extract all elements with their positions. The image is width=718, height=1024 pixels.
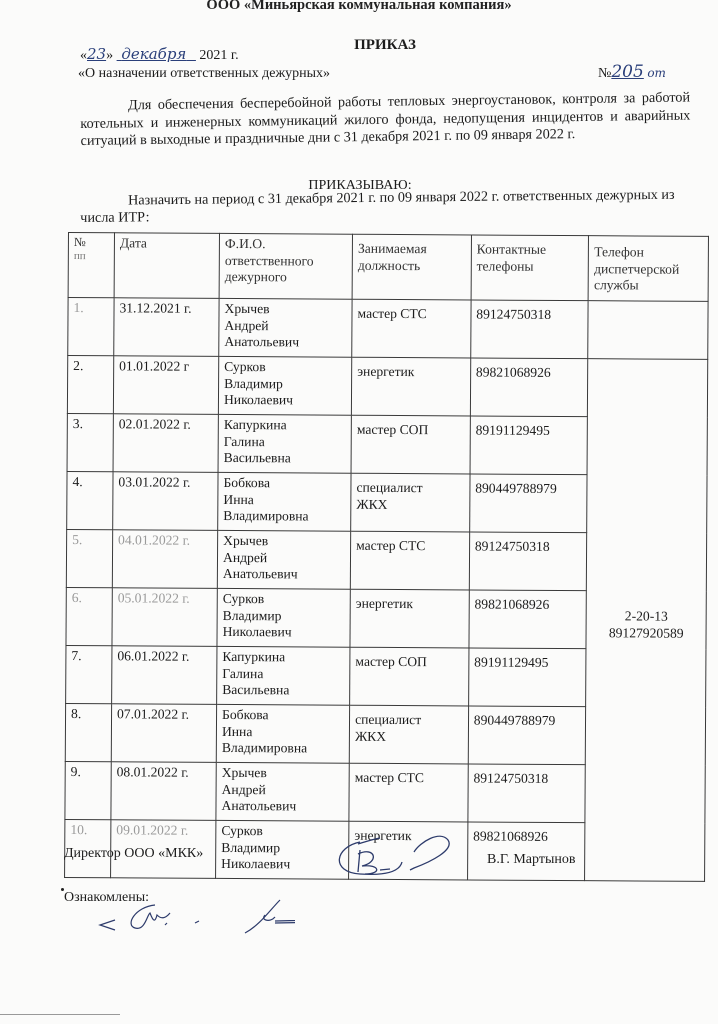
row-fio: ХрычевАндрейАнатольевич xyxy=(217,530,350,589)
order-number-handwritten: 205 xyxy=(611,62,643,82)
director-signature xyxy=(330,832,480,882)
row-number: 9. xyxy=(65,761,111,819)
row-date: 03.01.2022 г. xyxy=(113,472,218,531)
date-month-handwritten: декабря xyxy=(117,45,196,63)
row-phone: 89124750318 xyxy=(469,532,587,591)
director-name: В.Г. Мартынов xyxy=(487,852,575,868)
surname: Сурков xyxy=(221,823,343,840)
order-number-suffix: от xyxy=(647,66,666,80)
assignment-text: Назначить на период с 31 декабря 2021 г.… xyxy=(80,187,692,227)
surname: Бобкова xyxy=(223,475,345,492)
row-position: энергетик xyxy=(351,357,470,416)
dispatch-phone-cell: 2-20-1389127920589 xyxy=(585,359,708,882)
organization-name: ООО «Миньярская коммунальная компания» xyxy=(0,0,718,14)
row-fio: СурковВладимирНиколаевич xyxy=(217,588,350,647)
date-close-quote: » xyxy=(106,48,113,63)
director-label: Директор ООО «МКК» xyxy=(64,846,203,862)
header-date: Дата xyxy=(114,233,219,299)
row-phone: 89821068926 xyxy=(469,590,587,649)
first-name: Галина xyxy=(222,665,344,682)
first-name: Инна xyxy=(222,723,344,740)
patronymic: Анатольевич xyxy=(224,334,346,351)
row-date: 06.01.2022 г. xyxy=(112,646,217,705)
row-position: мастер СТС xyxy=(349,763,468,822)
dispatch-phone-local: 2-20-13 xyxy=(592,608,701,625)
patronymic: Анатольевич xyxy=(221,798,343,815)
first-name: Андрей xyxy=(223,549,345,566)
first-name: Владимир xyxy=(224,375,346,392)
row-date: 07.01.2022 г. xyxy=(111,704,216,763)
first-name: Андрей xyxy=(224,317,346,334)
row-phone: 89191129495 xyxy=(470,416,588,475)
row-date: 08.01.2022 г. xyxy=(111,762,216,821)
row-number: 7. xyxy=(66,645,112,703)
row-position: мастер СТС xyxy=(350,531,469,590)
row-position: энергетик xyxy=(350,589,469,648)
row-number: 3. xyxy=(67,413,113,471)
row-position: мастер СТС xyxy=(352,299,471,358)
first-name: Инна xyxy=(223,491,345,508)
duty-table: № пп Дата Ф.И.О. ответственного дежурног… xyxy=(64,232,709,882)
row-position: мастер СОП xyxy=(351,415,470,474)
row-fio: БобковаИннаВладимировна xyxy=(218,472,351,531)
header-dispatch: Телефон диспетчерской службы xyxy=(588,236,708,302)
header-contacts: Контактные телефоны xyxy=(471,235,589,301)
row-date: 02.01.2022 г. xyxy=(113,414,218,473)
patronymic: Анатольевич xyxy=(223,566,345,583)
row-fio: СурковВладимирНиколаевич xyxy=(218,356,351,415)
row-number: 6. xyxy=(66,587,112,645)
order-subject: «О назначении ответственных дежурных» xyxy=(78,66,330,82)
patronymic: Николаевич xyxy=(224,392,346,409)
row-fio: БобковаИннаВладимировна xyxy=(216,704,349,763)
row-date: 31.12.2021 г. xyxy=(114,298,219,357)
surname: Капуркина xyxy=(222,649,344,666)
row-fio: КапуркинаГалинаВасильевна xyxy=(217,646,350,705)
header-fio: Ф.И.О. ответственного дежурного xyxy=(219,233,352,299)
dispatch-phone-mobile: 89127920589 xyxy=(592,625,701,642)
surname: Хрычев xyxy=(225,301,347,318)
surname: Капуркина xyxy=(224,417,346,434)
table-row: 1.31.12.2021 г.ХрычевАндрейАнатольевичма… xyxy=(68,298,708,360)
row-phone: 89821068926 xyxy=(470,358,588,417)
row-phone: 890449788979 xyxy=(468,706,586,765)
row-number: 8. xyxy=(65,703,111,761)
row-phone: 89124750318 xyxy=(471,300,589,359)
row-position: специалистЖКХ xyxy=(351,473,470,532)
row-position: специалистЖКХ xyxy=(349,705,468,764)
row-fio: ХрычевАндрейАнатольевич xyxy=(216,762,349,821)
first-name: Андрей xyxy=(222,781,344,798)
surname: Хрычев xyxy=(222,765,344,782)
order-date: «23» декабря 2021 г. xyxy=(80,45,239,64)
surname: Сурков xyxy=(223,591,345,608)
date-year: 2021 г. xyxy=(199,48,238,63)
surname: Сурков xyxy=(224,359,346,376)
table-header-row: № пп Дата Ф.И.О. ответственного дежурног… xyxy=(68,233,708,302)
patronymic: Николаевич xyxy=(223,624,345,641)
scan-edge-line xyxy=(0,1014,120,1015)
header-position: Занимаемая должность xyxy=(352,234,471,300)
preamble-text: Для обеспечения бесперебойной работы теп… xyxy=(80,89,691,150)
patronymic: Владимировна xyxy=(222,740,344,757)
row-date: 04.01.2022 г. xyxy=(112,530,217,589)
row-date: 01.01.2022 г xyxy=(113,356,218,415)
surname: Бобкова xyxy=(222,707,344,724)
preamble-paragraph: Для обеспечения бесперебойной работы теп… xyxy=(80,89,691,150)
order-number: №205 от xyxy=(598,62,666,82)
row-number: 2. xyxy=(67,356,113,414)
row-phone: 89124750318 xyxy=(468,764,586,823)
row-number: 4. xyxy=(67,471,113,529)
row-phone: 89191129495 xyxy=(468,648,586,707)
table-row: 2.01.01.2022 гСурковВладимирНиколаевичэн… xyxy=(67,356,707,418)
patronymic: Владимировна xyxy=(223,508,345,525)
first-name: Галина xyxy=(224,433,346,450)
row-position: мастер СОП xyxy=(350,647,469,706)
row-fio: КапуркинаГалинаВасильевна xyxy=(218,414,351,473)
date-open-quote: « xyxy=(80,48,87,63)
row-phone: 890449788979 xyxy=(469,474,587,533)
row-number: 5. xyxy=(66,529,112,587)
acknowledgement-signatures xyxy=(95,895,295,940)
order-number-prefix: № xyxy=(598,66,611,81)
row-date: 05.01.2022 г. xyxy=(112,588,217,647)
assignment-paragraph: Назначить на период с 31 декабря 2021 г.… xyxy=(80,187,692,227)
row-fio: ХрычевАндрейАнатольевич xyxy=(219,298,352,357)
row-fio: СурковВладимирНиколаевич xyxy=(216,820,349,879)
row-number: 1. xyxy=(68,298,114,356)
header-number: № пп xyxy=(68,233,114,298)
first-name: Владимир xyxy=(221,839,343,856)
patronymic: Васильевна xyxy=(222,682,344,699)
surname: Хрычев xyxy=(223,533,345,550)
dispatch-phone-cell-empty xyxy=(588,301,708,360)
first-name: Владимир xyxy=(223,607,345,624)
date-day-handwritten: 23 xyxy=(87,45,106,63)
patronymic: Николаевич xyxy=(221,856,343,873)
patronymic: Васильевна xyxy=(224,450,346,467)
